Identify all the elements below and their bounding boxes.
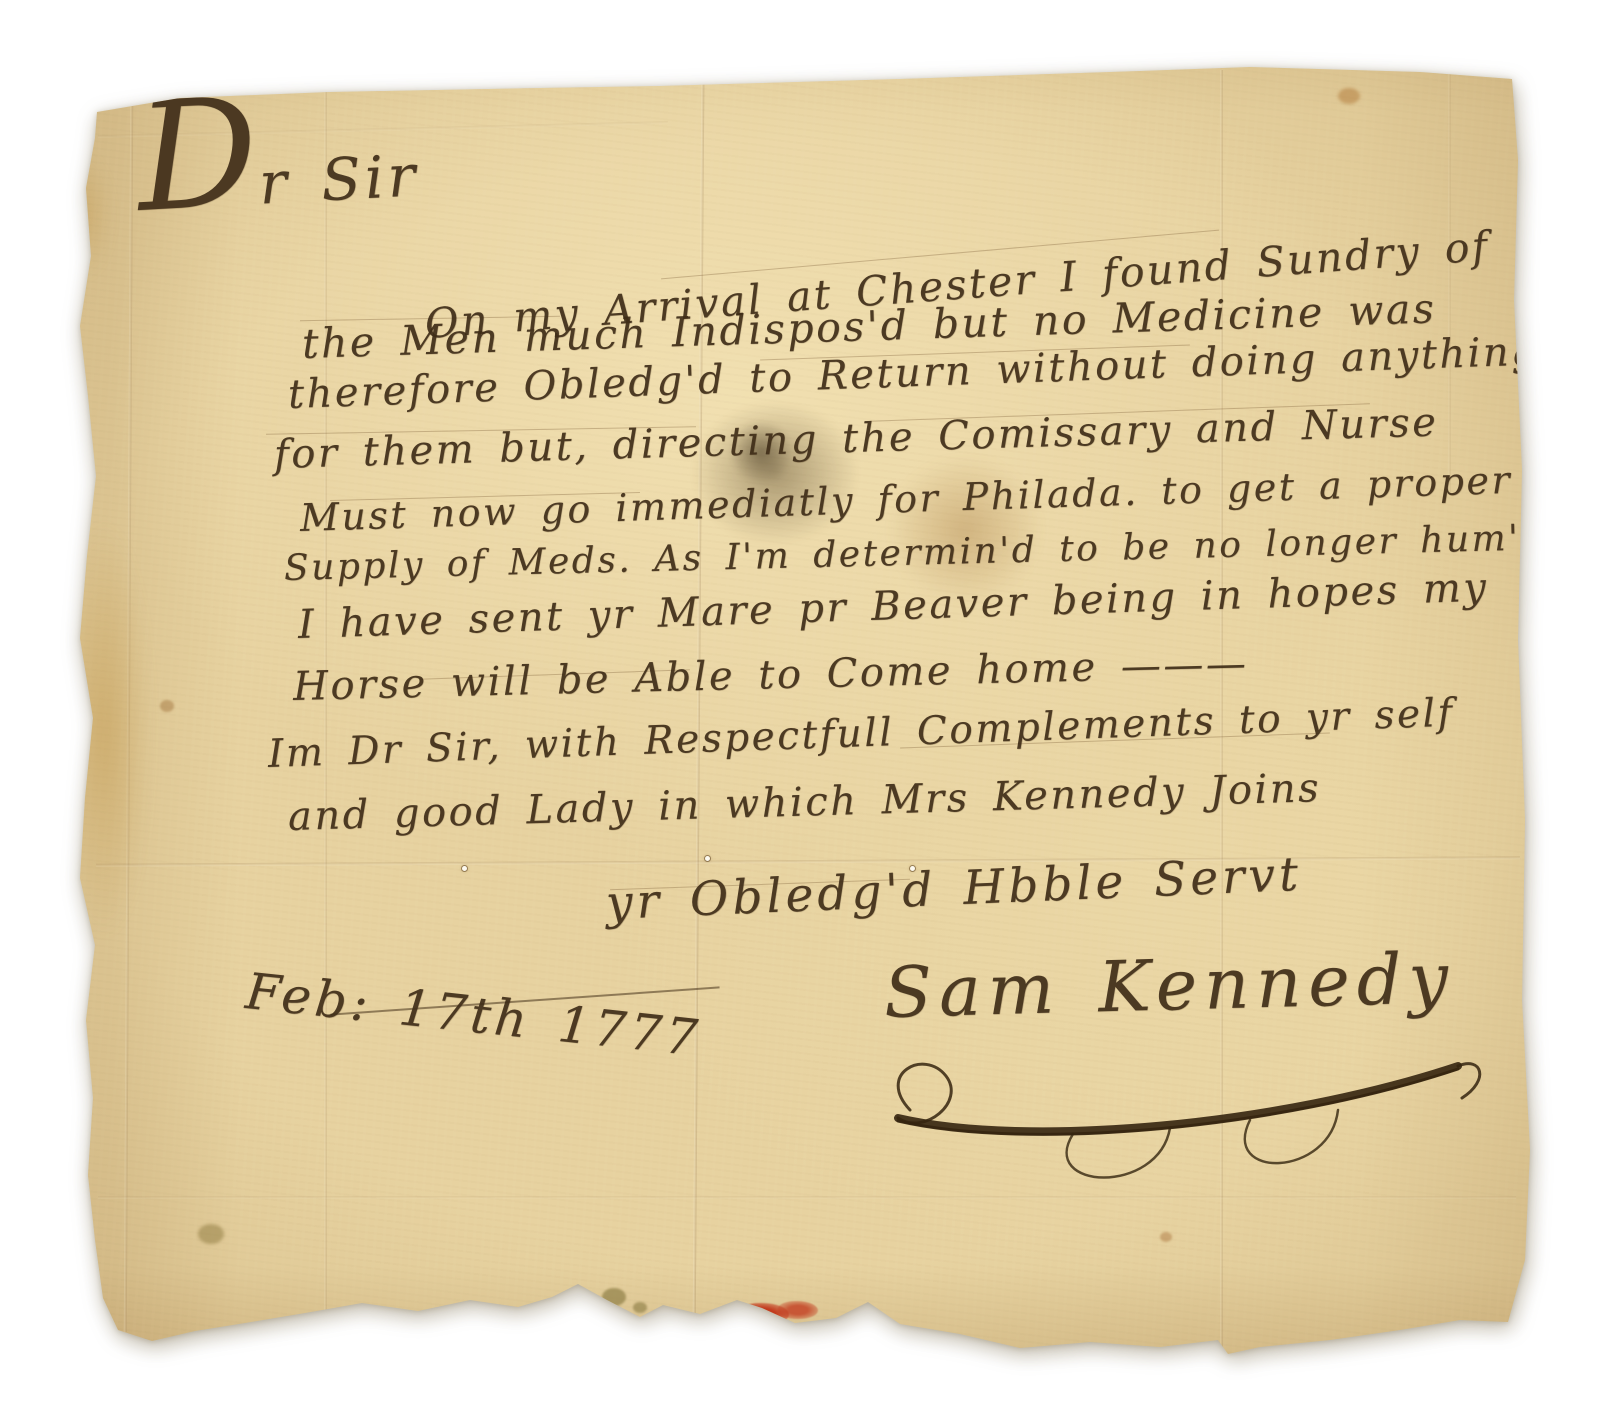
date-line: Feb: 17th 1777 bbox=[243, 962, 704, 1067]
edge-water-stain bbox=[56, 520, 151, 940]
red-wax-mark-2 bbox=[778, 1301, 818, 1319]
pinhole bbox=[705, 856, 710, 861]
letter-line-8: Horse will be Able to Come home ——— bbox=[292, 641, 1248, 710]
olive-spot-bottom2 bbox=[633, 1302, 647, 1313]
olive-spot-bottom bbox=[602, 1288, 626, 1306]
fold-crease-vertical-center bbox=[693, 84, 705, 1334]
edge-stain-small bbox=[52, 150, 112, 280]
letter-line-10: and good Lady in which Mrs Kennedy Joins bbox=[287, 765, 1321, 840]
fold-crease-vertical-left bbox=[124, 100, 133, 1332]
fox-spot-bottom-right bbox=[1160, 1232, 1172, 1242]
red-wax-dot bbox=[748, 1318, 764, 1329]
pinhole bbox=[462, 866, 467, 871]
signature-flourish bbox=[858, 1014, 1498, 1184]
photo-background: Dr Sir On my Arrival at Chester I found … bbox=[0, 0, 1600, 1407]
spot-bottom-left bbox=[198, 1224, 224, 1244]
fold-crease-vertical-faint bbox=[1448, 74, 1451, 494]
fold-crease-horizontal-lower bbox=[98, 1196, 1516, 1199]
signature: Sam Kennedy bbox=[883, 937, 1456, 1034]
fox-spot-left bbox=[160, 700, 174, 712]
fold-crease-vertical-left2 bbox=[324, 90, 327, 1340]
fox-spot-top-right bbox=[1338, 88, 1360, 104]
red-wax-mark bbox=[737, 1303, 789, 1325]
letter-paper-wrap: Dr Sir On my Arrival at Chester I found … bbox=[0, 0, 1600, 1407]
salutation: Dr Sir bbox=[135, 103, 421, 224]
letter-paper-sheet: Dr Sir On my Arrival at Chester I found … bbox=[0, 0, 1600, 1407]
fold-crease-horizontal-middle bbox=[96, 856, 1520, 866]
